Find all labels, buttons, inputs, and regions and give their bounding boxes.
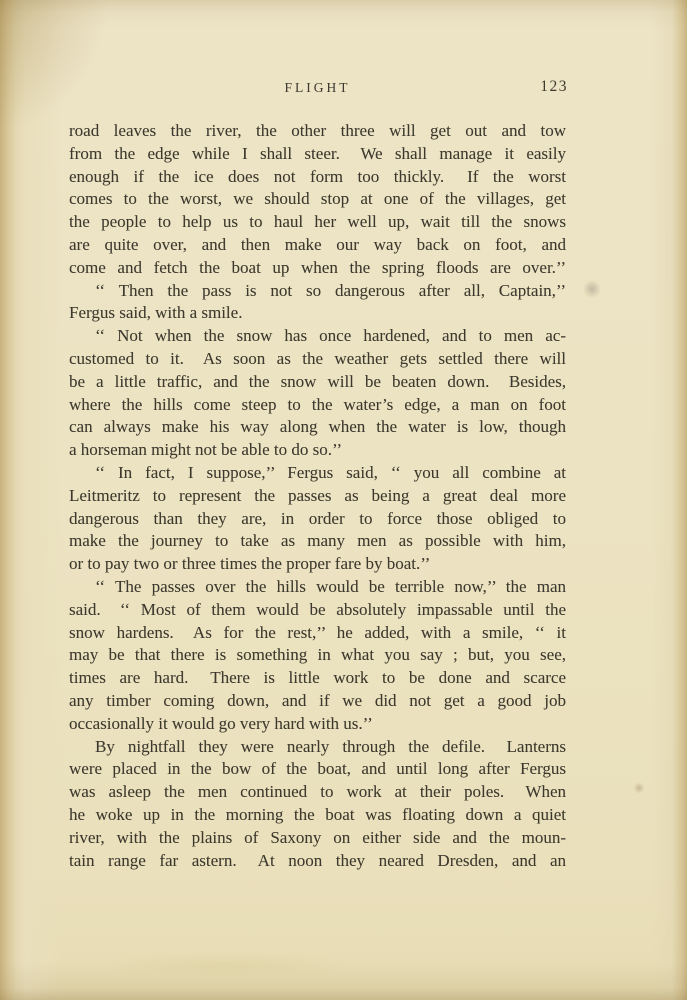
paper-smudge — [583, 280, 601, 298]
text-line: or to pay two or three times the proper … — [69, 553, 566, 576]
text-line: can always make his way along when the w… — [69, 416, 566, 439]
text-line: make the journey to take as many men as … — [69, 530, 566, 553]
text-line: was asleep the men continued to work at … — [69, 781, 566, 804]
text-line: the people to help us to haul her well u… — [69, 211, 566, 234]
paper-fleck — [634, 782, 644, 794]
page-number: 123 — [540, 78, 568, 96]
text-line: Fergus said, with a smile. — [69, 302, 566, 325]
text-line: are quite over, and then make our way ba… — [69, 234, 566, 257]
text-line: from the edge while I shall steer. We sh… — [69, 143, 566, 166]
text-line: enough if the ice does not form too thic… — [69, 166, 566, 189]
text-line: ‘‘ The passes over the hills would be te… — [69, 576, 566, 599]
text-line: times are hard. There is little work to … — [69, 667, 566, 690]
text-line: he woke up in the morning the boat was f… — [69, 804, 566, 827]
text-line: a horseman might not be able to do so.’’ — [69, 439, 566, 462]
text-line: ‘‘ Not when the snow has once hardened, … — [69, 325, 566, 348]
text-line: By nightfall they were nearly through th… — [69, 736, 566, 759]
text-line: be a little traffic, and the snow will b… — [69, 371, 566, 394]
text-line: any timber coming down, and if we did no… — [69, 690, 566, 713]
text-line: dangerous than they are, in order to for… — [69, 508, 566, 531]
paper-light-band — [96, 952, 356, 978]
text-line: come and fetch the boat up when the spri… — [69, 257, 566, 280]
text-line: river, with the plains of Saxony on eith… — [69, 827, 566, 850]
text-line: customed to it. As soon as the weather g… — [69, 348, 566, 371]
text-line: Leitmeritz to represent the passes as be… — [69, 485, 566, 508]
body-text: road leaves the river, the other three w… — [69, 120, 566, 872]
text-line: ‘‘ In fact, I suppose,’’ Fergus said, ‘‘… — [69, 462, 566, 485]
text-line: said. ‘‘ Most of them would be absolutel… — [69, 599, 566, 622]
text-line: where the hills come steep to the water’… — [69, 394, 566, 417]
text-line: snow hardens. As for the rest,’’ he adde… — [69, 622, 566, 645]
page-content: FLIGHT 123 road leaves the river, the ot… — [69, 80, 566, 872]
book-page-scan: FLIGHT 123 road leaves the river, the ot… — [0, 0, 687, 1000]
page-header: FLIGHT 123 — [69, 80, 566, 98]
text-line: ‘‘ Then the pass is not so dangerous aft… — [69, 280, 566, 303]
text-line: occasionally it would go very hard with … — [69, 713, 566, 736]
text-line: may be that there is something in what y… — [69, 644, 566, 667]
text-line: comes to the worst, we should stop at on… — [69, 188, 566, 211]
text-line: were placed in the bow of the boat, and … — [69, 758, 566, 781]
running-title: FLIGHT — [69, 80, 566, 96]
text-line: road leaves the river, the other three w… — [69, 120, 566, 143]
text-line: tain range far astern. At noon they near… — [69, 850, 566, 873]
